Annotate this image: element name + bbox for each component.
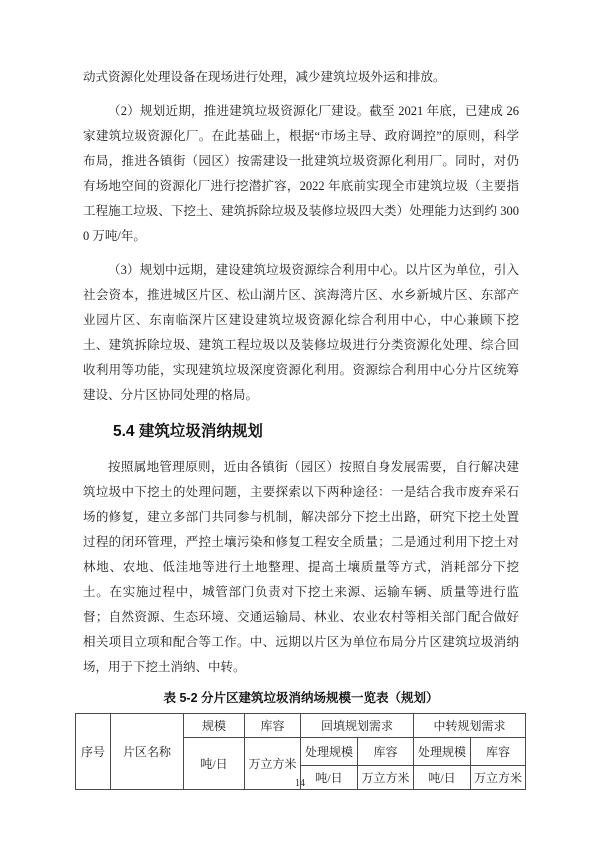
page-number: 14 [0,777,600,791]
header-cell-transfer-capacity: 库容 [471,738,526,766]
table-header-row-1: 序号 片区名称 规模 库容 回填规划需求 中转规划需求 [76,714,526,738]
header-cell-backfill-capacity: 库容 [358,738,414,766]
paragraph-disposal-policy: 按照属地管理原则，近由各镇街（园区）按照自身发展需要，自行解决建筑垃圾中下挖土的… [83,455,519,680]
header-cell-transfer-process-scale: 处理规模 [414,738,471,766]
header-cell-scale: 规模 [184,714,245,738]
paragraph-plan-near-term: （2）规划近期，推进建筑垃圾资源化厂建设。截至 2021 年底，已建成 26 家… [83,99,519,249]
header-cell-transfer-demand: 中转规划需求 [414,714,526,738]
page-content: 动式资源化处理设备在现场进行处理，减少建筑垃圾外运和排放。 （2）规划近期，推进… [83,65,519,790]
section-heading-5-4: 5.4 建筑垃圾消纳规划 [113,420,519,444]
header-cell-capacity: 库容 [245,714,301,738]
paragraph-plan-mid-long-term: （3）规划中远期，建设建筑垃圾资源综合利用中心。以片区为单位，引入社会资本，推进… [83,258,519,408]
paragraph-continuation: 动式资源化处理设备在现场进行处理，减少建筑垃圾外运和排放。 [83,65,519,90]
document-page: 动式资源化处理设备在现场进行处理，减少建筑垃圾外运和排放。 （2）规划近期，推进… [0,0,600,848]
table-caption: 表 5-2 分片区建筑垃圾消纳场规模一览表（规划） [83,689,519,707]
header-cell-backfill-process-scale: 处理规模 [301,738,358,766]
header-cell-backfill-demand: 回填规划需求 [301,714,414,738]
